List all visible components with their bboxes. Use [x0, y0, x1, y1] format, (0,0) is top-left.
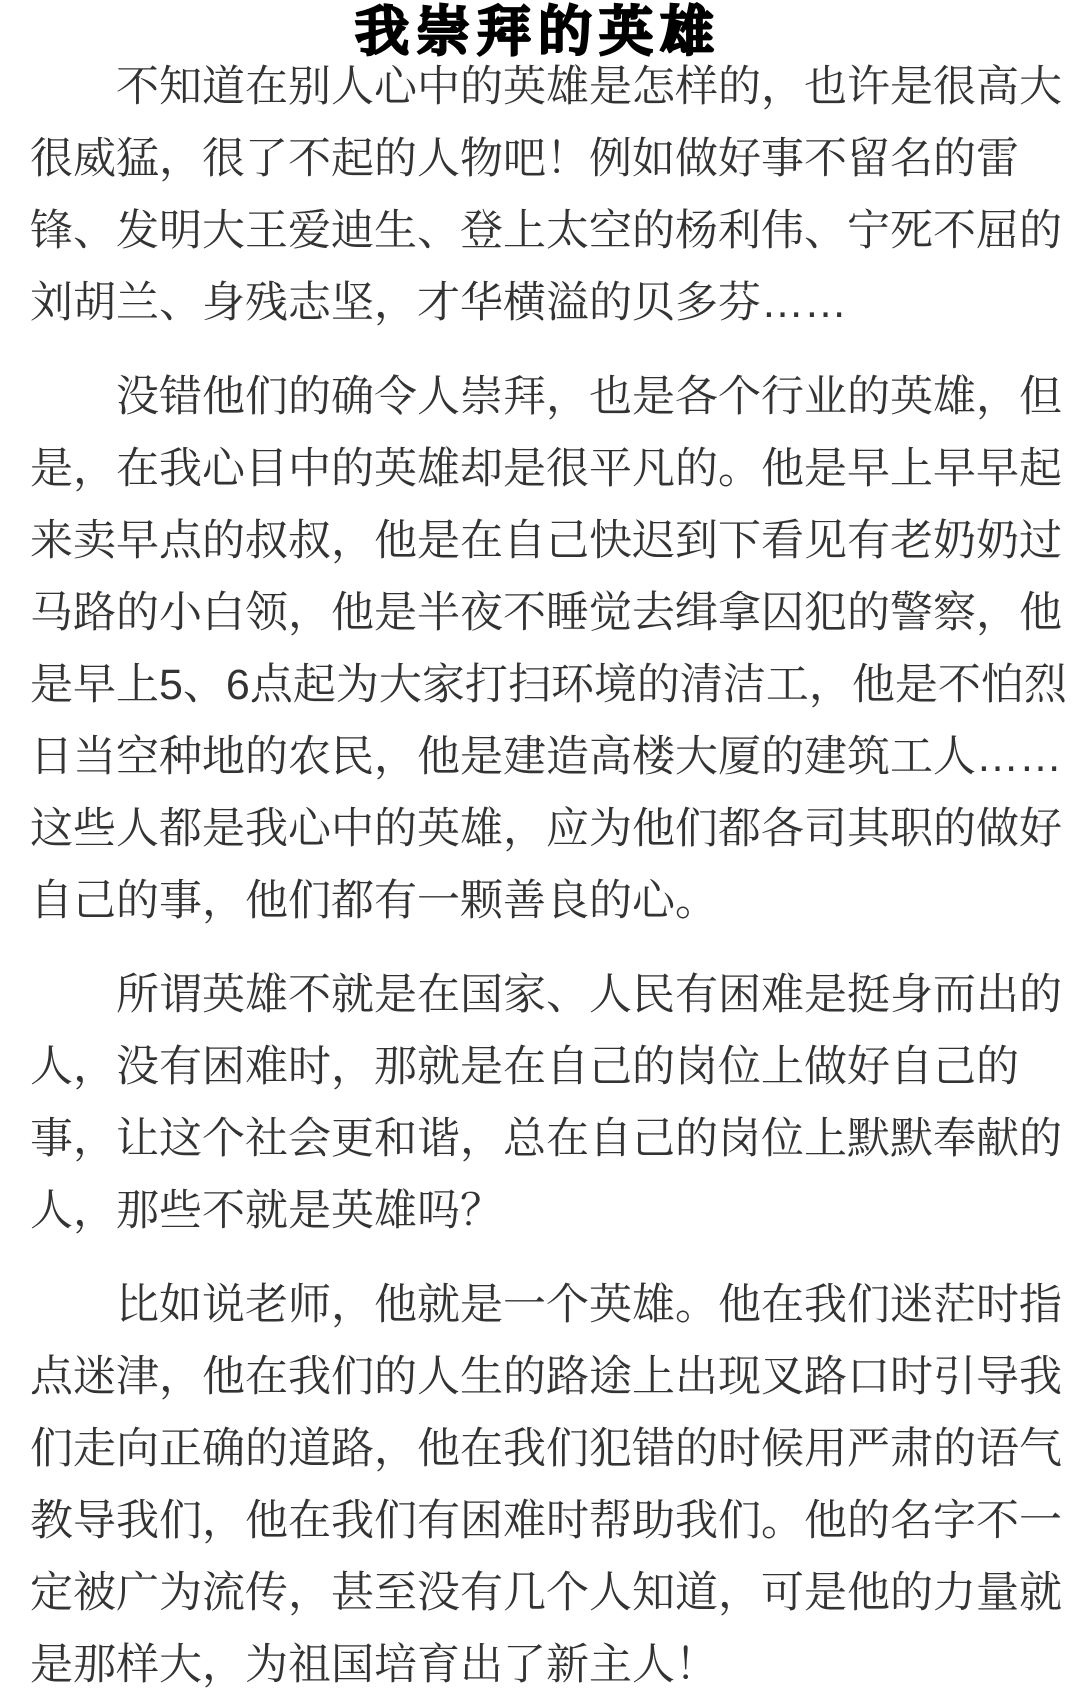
text-line: 来卖早点的叔叔，他是在自己快迟到下看见有老奶奶过	[30, 505, 1046, 577]
text-line: 点迷津，他在我们的人生的路途上出现叉路口时引导我	[30, 1341, 1046, 1413]
text-line: 定被广为流传，甚至没有几个人知道，可是他的力量就	[30, 1557, 1046, 1629]
text-line: 教导我们，他在我们有困难时帮助我们。他的名字不一	[30, 1485, 1046, 1557]
text-line: 比如说老师，他就是一个英雄。他在我们迷茫时指	[30, 1269, 1046, 1341]
text-line: 是，在我心目中的英雄却是很平凡的。他是早上早早起	[30, 433, 1046, 505]
text-line: 自己的事，他们都有一颗善良的心。	[30, 865, 1046, 937]
text-line: 是早上5、6点起为大家打扫环境的清洁工，他是不怕烈	[30, 649, 1046, 721]
text-line: 日当空种地的农民，他是建造高楼大厦的建筑工人……	[30, 721, 1046, 793]
paragraph: 所谓英雄不就是在国家、人民有困难是挺身而出的人，没有困难时，那就是在自己的岗位上…	[30, 959, 1046, 1247]
text-line: 马路的小白领，他是半夜不睡觉去缉拿囚犯的警察，他	[30, 577, 1046, 649]
text-line: 这些人都是我心中的英雄，应为他们都各司其职的做好	[30, 793, 1046, 865]
essay-page: 我崇拜的英雄 不知道在别人心中的英雄是怎样的，也许是很高大很威猛，很了不起的人物…	[0, 0, 1080, 1701]
paragraph: 没错他们的确令人崇拜，也是各个行业的英雄，但是，在我心目中的英雄却是很平凡的。他…	[30, 361, 1046, 937]
text-line: 不知道在别人心中的英雄是怎样的，也许是很高大	[30, 51, 1046, 123]
essay-body: 不知道在别人心中的英雄是怎样的，也许是很高大很威猛，很了不起的人物吧！例如做好事…	[30, 51, 1046, 1701]
text-line: 人，没有困难时，那就是在自己的岗位上做好自己的	[30, 1031, 1046, 1103]
text-line: 所谓英雄不就是在国家、人民有困难是挺身而出的	[30, 959, 1046, 1031]
text-line: 事，让这个社会更和谐，总在自己的岗位上默默奉献的	[30, 1103, 1046, 1175]
text-line: 是那样大，为祖国培育出了新主人！	[30, 1629, 1046, 1701]
text-line: 锋、发明大王爱迪生、登上太空的杨利伟、宁死不屈的	[30, 195, 1046, 267]
text-line: 很威猛，很了不起的人物吧！例如做好事不留名的雷	[30, 123, 1046, 195]
text-line: 们走向正确的道路，他在我们犯错的时候用严肃的语气	[30, 1413, 1046, 1485]
text-line: 没错他们的确令人崇拜，也是各个行业的英雄，但	[30, 361, 1046, 433]
paragraph: 比如说老师，他就是一个英雄。他在我们迷茫时指点迷津，他在我们的人生的路途上出现叉…	[30, 1269, 1046, 1701]
paragraph: 不知道在别人心中的英雄是怎样的，也许是很高大很威猛，很了不起的人物吧！例如做好事…	[30, 51, 1046, 339]
text-line: 人，那些不就是英雄吗？	[30, 1175, 1046, 1247]
text-line: 刘胡兰、身残志坚，才华横溢的贝多芬……	[30, 267, 1046, 339]
